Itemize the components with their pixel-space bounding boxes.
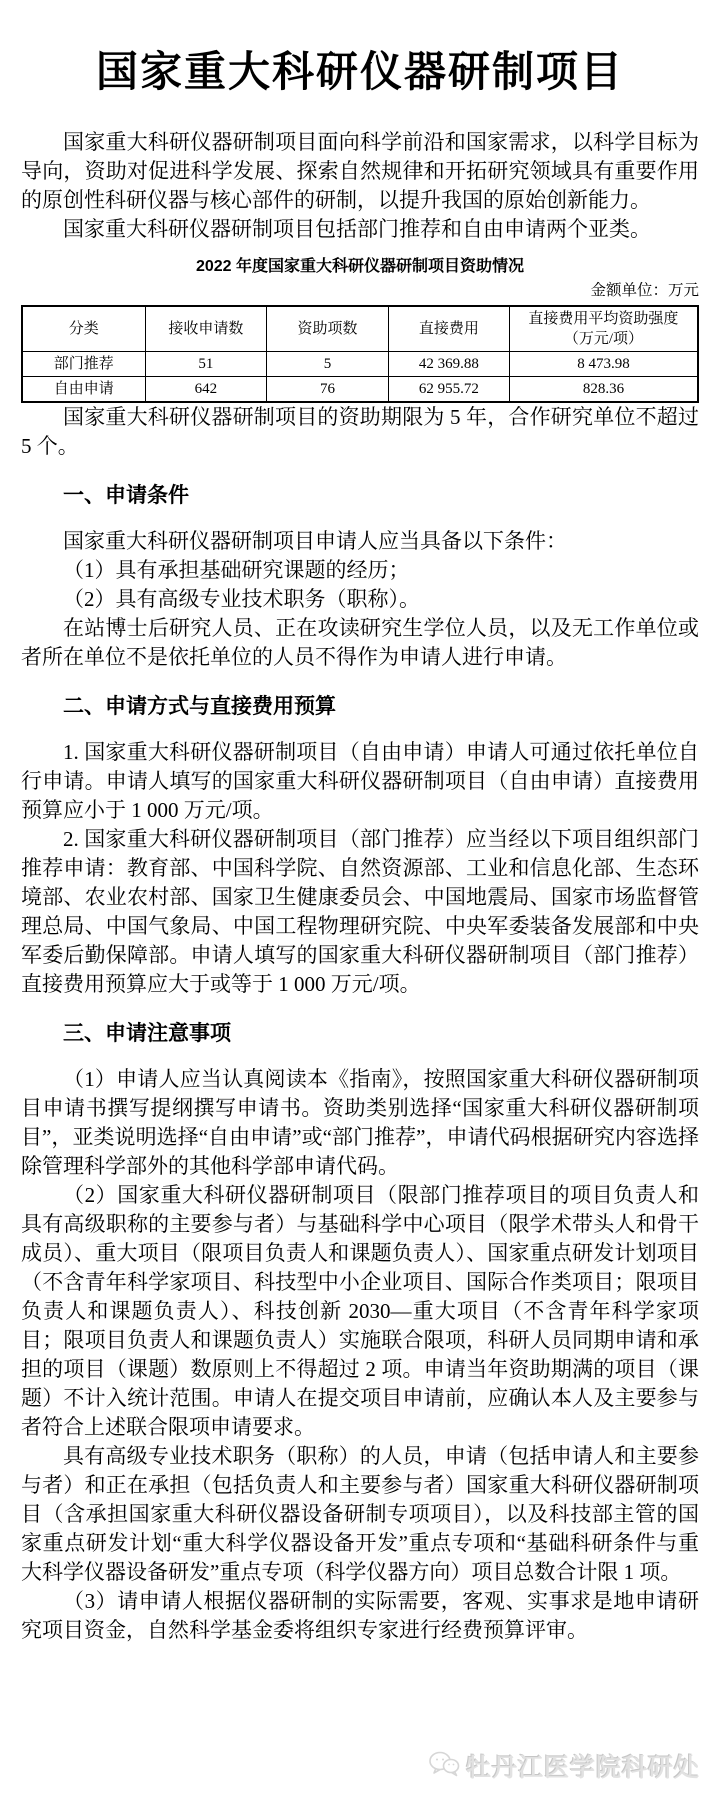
- funding-table: 分类 接收申请数 资助项数 直接费用 直接费用平均资助强度（万元/项） 部门推荐…: [21, 305, 699, 403]
- table-header-cell: 直接费用平均资助强度（万元/项）: [509, 306, 698, 352]
- section1-paragraph: 在站博士后研究人员、正在攻读研究生学位人员，以及无工作单位或者所在单位不是依托单…: [21, 614, 699, 672]
- section3-paragraph-2: （2）国家重大科研仪器研制项目（限部门推荐项目的项目负责人和具有高级职称的主要参…: [21, 1181, 699, 1442]
- table-header-cell: 接收申请数: [145, 306, 267, 352]
- intro-paragraph-2: 国家重大科研仪器研制项目包括部门推荐和自由申请两个亚类。: [21, 215, 699, 244]
- table-cell: 部门推荐: [22, 352, 145, 377]
- table-cell: 51: [145, 352, 267, 377]
- document-page: 国家重大科研仪器研制项目 国家重大科研仪器研制项目面向科学前沿和国家需求，以科学…: [0, 0, 720, 1800]
- table-cell: 8 473.98: [509, 352, 698, 377]
- table-unit-note: 金额单位：万元: [21, 280, 699, 302]
- section3-paragraph-4: （3）请申请人根据仪器研制的实际需要，客观、实事求是地申请研究项目资金，自然科学…: [21, 1587, 699, 1645]
- section2-paragraph-1: 1. 国家重大科研仪器研制项目（自由申请）申请人可通过依托单位自行申请。申请人填…: [21, 738, 699, 825]
- duration-note: 国家重大科研仪器研制项目的资助期限为 5 年，合作研究单位不超过 5 个。: [21, 403, 699, 461]
- source-watermark: 牡丹江医学院科研处: [428, 1748, 700, 1784]
- section3-paragraph-1: （1）申请人应当认真阅读本《指南》，按照国家重大科研仪器研制项目申请书撰写提纲撰…: [21, 1065, 699, 1181]
- section-heading-3: 三、申请注意事项: [21, 1021, 699, 1047]
- table-caption: 2022 年度国家重大科研仪器研制项目资助情况: [21, 256, 699, 278]
- table-header-cell: 资助项数: [267, 306, 389, 352]
- table-cell: 642: [145, 377, 267, 403]
- table-cell: 828.36: [509, 377, 698, 403]
- table-header-row: 分类 接收申请数 资助项数 直接费用 直接费用平均资助强度（万元/项）: [22, 306, 698, 352]
- table-header-cell: 分类: [22, 306, 145, 352]
- wechat-icon: [428, 1750, 460, 1783]
- table-row: 部门推荐 51 5 42 369.88 8 473.98: [22, 352, 698, 377]
- table-cell: 42 369.88: [388, 352, 509, 377]
- table-cell: 62 955.72: [388, 377, 509, 403]
- source-label: 牡丹江医学院科研处: [466, 1748, 700, 1784]
- section1-item-1: （1）具有承担基础研究课题的经历；: [21, 556, 699, 585]
- table-cell: 76: [267, 377, 389, 403]
- section2-paragraph-2: 2. 国家重大科研仪器研制项目（部门推荐）应当经以下项目组织部门推荐申请：教育部…: [21, 825, 699, 999]
- table-header-cell: 直接费用: [388, 306, 509, 352]
- table-cell: 自由申请: [22, 377, 145, 403]
- page-title: 国家重大科研仪器研制项目: [21, 44, 699, 102]
- section1-item-2: （2）具有高级专业技术职务（职称）。: [21, 585, 699, 614]
- table-cell: 5: [267, 352, 389, 377]
- intro-paragraph-1: 国家重大科研仪器研制项目面向科学前沿和国家需求，以科学目标为导向，资助对促进科学…: [21, 128, 699, 215]
- section3-paragraph-3: 具有高级专业技术职务（职称）的人员，申请（包括申请人和主要参与者）和正在承担（包…: [21, 1442, 699, 1587]
- section-heading-2: 二、申请方式与直接费用预算: [21, 694, 699, 720]
- section1-paragraph: 国家重大科研仪器研制项目申请人应当具备以下条件：: [21, 527, 699, 556]
- table-row: 自由申请 642 76 62 955.72 828.36: [22, 377, 698, 403]
- section-heading-1: 一、申请条件: [21, 483, 699, 509]
